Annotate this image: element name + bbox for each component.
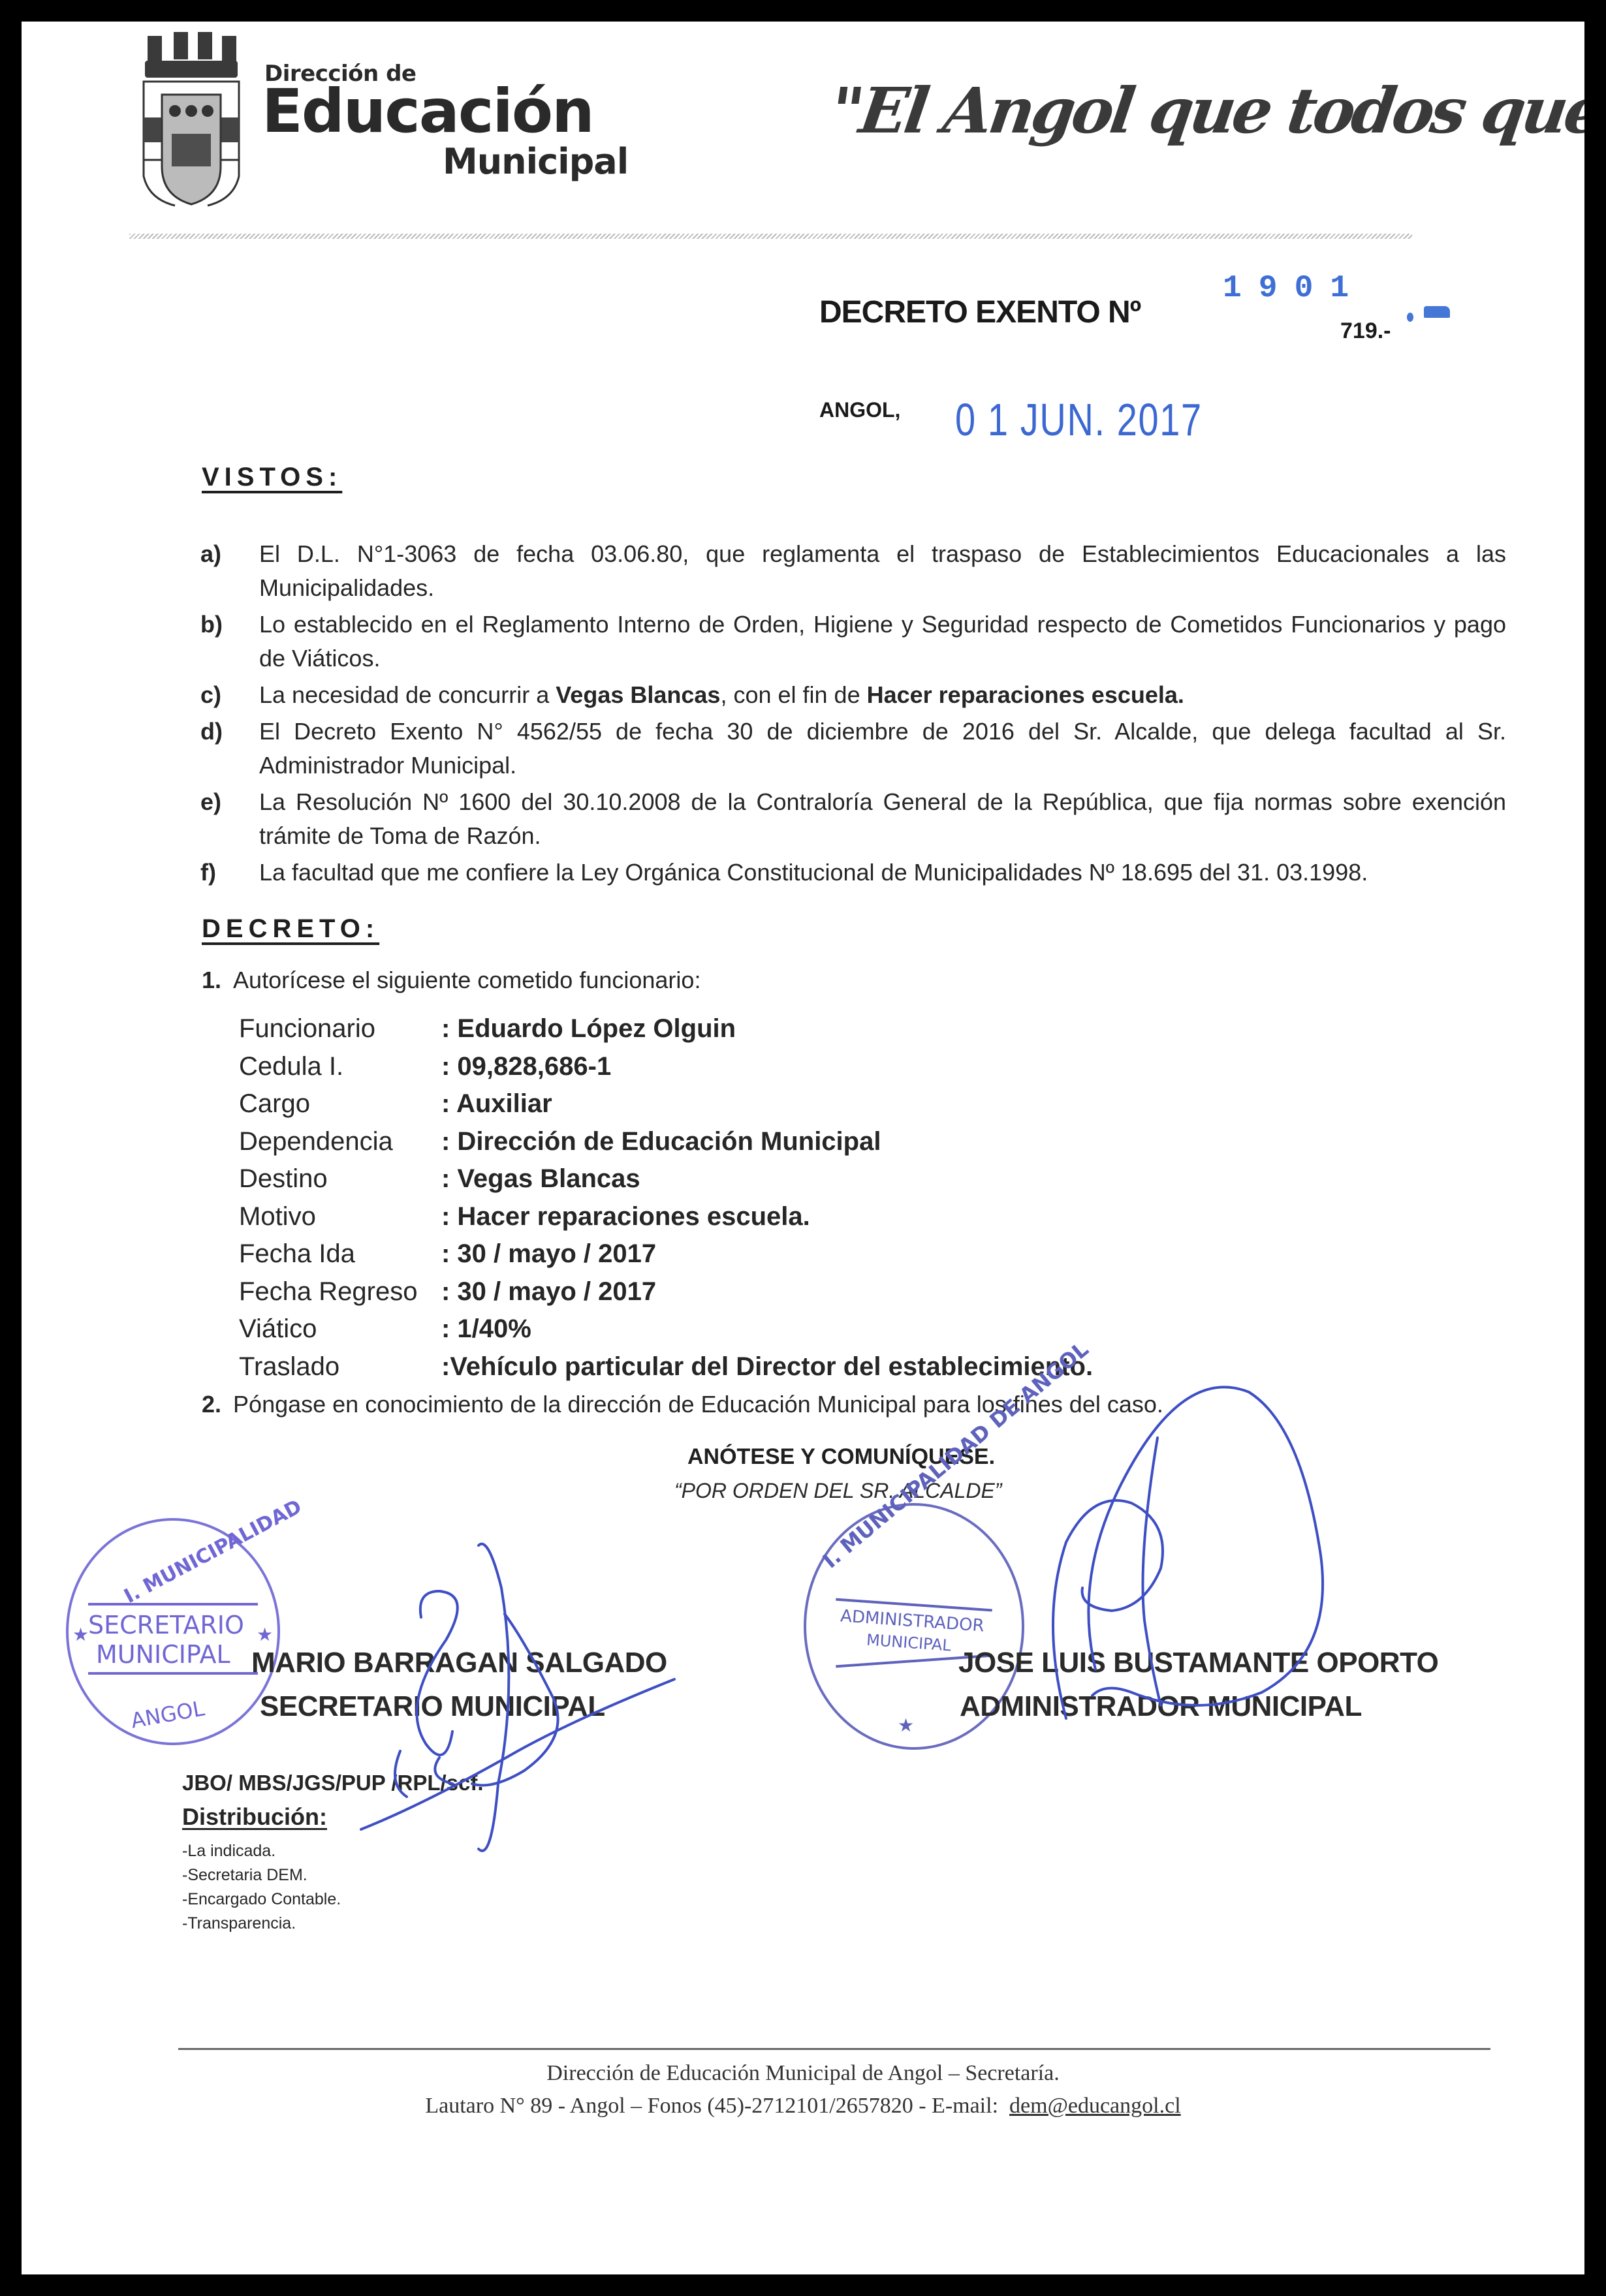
field-row: Viático: 1/40%: [239, 1311, 1093, 1348]
field-label: Traslado: [239, 1348, 441, 1386]
field-value: : 1/40%: [441, 1311, 531, 1348]
item-letter: a): [200, 537, 259, 605]
seal-top-text: I. MUNICIPALIDAD: [120, 1495, 305, 1608]
distribution-item: -Encargado Contable.: [182, 1887, 341, 1912]
field-value: : Auxiliar: [441, 1085, 552, 1123]
seal-bottom-text: ANGOL: [129, 1696, 207, 1733]
field-value: : Hacer reparaciones escuela.: [441, 1198, 810, 1236]
vistos-item: f) La facultad que me confiere la Ley Or…: [200, 856, 1506, 890]
field-row: Motivo: Hacer reparaciones escuela.: [239, 1198, 1093, 1236]
field-value: : 30 / mayo / 2017: [441, 1235, 656, 1273]
text-segment: La necesidad de concurrir a: [259, 681, 556, 708]
field-label: Destino: [239, 1160, 441, 1198]
item-text: La facultad que me confiere la Ley Orgán…: [259, 856, 1506, 890]
field-value: : Dirección de Educación Municipal: [441, 1123, 881, 1161]
item-letter: b): [200, 608, 259, 675]
item-text: La necesidad de concurrir a Vegas Blanca…: [259, 678, 1506, 712]
seal-line-1: ADMINISTRADOR: [840, 1606, 984, 1636]
field-row: Traslado:Vehículo particular del Directo…: [239, 1348, 1093, 1386]
item-text: La Resolución Nº 1600 del 30.10.2008 de …: [259, 785, 1506, 853]
star-icon: ★: [257, 1624, 273, 1645]
item-number: 2.: [202, 1391, 221, 1418]
field-row: Cedula I.: 09,828,686-1: [239, 1048, 1093, 1086]
item-text: Autorícese el siguiente cometido funcion…: [233, 967, 701, 993]
signer-right-name: JOSE LUIS BUSTAMANTE OPORTO: [958, 1647, 1438, 1679]
field-label: Dependencia: [239, 1123, 441, 1161]
distribution-item: -Transparencia.: [182, 1912, 341, 1936]
field-label: Fecha Ida: [239, 1235, 441, 1273]
decree-typed-number: 719.-: [1340, 318, 1391, 344]
commission-fields: Funcionario: Eduardo López Olguin Cedula…: [239, 1010, 1093, 1386]
municipal-crest-logo: [136, 29, 247, 209]
vistos-item: d) El Decreto Exento N° 4562/55 de fecha…: [200, 715, 1506, 783]
decreto-item-1: 1.Autorícese el siguiente cometido funci…: [202, 967, 701, 994]
footer-contact: Lautaro N° 89 - Angol – Fonos (45)-27121…: [22, 2094, 1584, 2118]
item-letter: c): [200, 678, 259, 712]
slogan: "El Angol que todos queremos...": [826, 74, 1584, 147]
seal-rule: [88, 1603, 258, 1606]
signer-left-name: MARIO BARRAGAN SALGADO: [251, 1647, 667, 1679]
document-page: Dirección de Educación Municipal "El Ang…: [22, 22, 1584, 2274]
seal-rule: [88, 1672, 258, 1675]
header-separator: [129, 234, 1412, 239]
brand-line-3: Municipal: [443, 141, 628, 182]
item-text: El D.L. N°1-3063 de fecha 03.06.80, que …: [259, 537, 1506, 605]
footer-office: Dirección de Educación Municipal de Ango…: [22, 2061, 1584, 2086]
vistos-item: e) La Resolución Nº 1600 del 30.10.2008 …: [200, 785, 1506, 853]
vistos-heading: VISTOS:: [202, 463, 342, 492]
item-text: El Decreto Exento N° 4562/55 de fecha 30…: [259, 715, 1506, 783]
field-value: : 09,828,686-1: [441, 1048, 611, 1086]
decree-stamped-number: 1901: [1223, 271, 1366, 306]
field-label: Cedula I.: [239, 1048, 441, 1086]
signer-right-role: ADMINISTRADOR MUNICIPAL: [960, 1690, 1362, 1723]
ink-mark: [1407, 313, 1413, 322]
decreto-heading: DECRETO:: [202, 914, 379, 944]
field-row: Fecha Regreso: 30 / mayo / 2017: [239, 1273, 1093, 1311]
item-letter: e): [200, 785, 259, 853]
decree-title: DECRETO EXENTO Nº: [819, 294, 1141, 330]
purpose-bold: Hacer reparaciones escuela.: [867, 681, 1184, 708]
field-value: : 30 / mayo / 2017: [441, 1273, 656, 1311]
item-letter: d): [200, 715, 259, 783]
field-row: Fecha Ida: 30 / mayo / 2017: [239, 1235, 1093, 1273]
star-icon: ★: [72, 1624, 89, 1645]
seal-line-2: MUNICIPAL: [866, 1631, 952, 1655]
date-stamp: 0 1 JUN. 2017: [955, 394, 1203, 446]
secretary-seal-stamp: I. MUNICIPALIDAD SECRETARIO MUNICIPAL ★ …: [66, 1518, 280, 1745]
item-number: 1.: [202, 967, 221, 993]
field-label: Funcionario: [239, 1010, 441, 1048]
item-letter: f): [200, 856, 259, 890]
field-label: Cargo: [239, 1085, 441, 1123]
ink-mark: [1424, 306, 1450, 318]
brand-line-2: Educación: [262, 82, 593, 142]
vistos-item: a) El D.L. N°1-3063 de fecha 03.06.80, q…: [200, 537, 1506, 605]
field-label: Motivo: [239, 1198, 441, 1236]
distribution-item: -Secretaria DEM.: [182, 1863, 341, 1887]
field-value: : Vegas Blancas: [441, 1160, 640, 1198]
footer-separator: [178, 2048, 1490, 2050]
footer-address-phones: Lautaro N° 89 - Angol – Fonos (45)-27121…: [425, 2094, 998, 2118]
field-row: Destino: Vegas Blancas: [239, 1160, 1093, 1198]
vistos-item: c) La necesidad de concurrir a Vegas Bla…: [200, 678, 1506, 712]
field-value: :Vehículo particular del Director del es…: [441, 1348, 1093, 1386]
vistos-list: a) El D.L. N°1-3063 de fecha 03.06.80, q…: [200, 537, 1506, 892]
footer-email-link[interactable]: dem@educangol.cl: [1009, 2094, 1181, 2118]
seal-line-1: SECRETARIO: [88, 1611, 244, 1639]
text-segment: , con el fin de: [720, 681, 866, 708]
field-row: Funcionario: Eduardo López Olguin: [239, 1010, 1093, 1048]
distribution-list: -La indicada. -Secretaria DEM. -Encargad…: [182, 1839, 341, 1936]
field-label: Viático: [239, 1311, 441, 1348]
by-order-of-mayor: “POR ORDEN DEL SR. ALCALDE”: [674, 1479, 1001, 1503]
distribution-heading: Distribución:: [182, 1803, 327, 1831]
city-label: ANGOL,: [819, 398, 900, 422]
reference-initials: JBO/ MBS/JGS/PUP /RPL/scf.: [182, 1771, 484, 1795]
field-row: Dependencia: Dirección de Educación Muni…: [239, 1123, 1093, 1161]
signer-left-role: SECRETARIO MUNICIPAL: [260, 1690, 605, 1723]
field-value: : Eduardo López Olguin: [441, 1010, 736, 1048]
distribution-item: -La indicada.: [182, 1839, 341, 1863]
star-icon: ★: [898, 1714, 914, 1736]
field-label: Fecha Regreso: [239, 1273, 441, 1311]
item-text: Lo establecido en el Reglamento Interno …: [259, 608, 1506, 675]
field-row: Cargo: Auxiliar: [239, 1085, 1093, 1123]
vistos-item: b) Lo establecido en el Reglamento Inter…: [200, 608, 1506, 675]
seal-line-2: MUNICIPAL: [96, 1640, 230, 1669]
destination-bold: Vegas Blancas: [556, 681, 720, 708]
